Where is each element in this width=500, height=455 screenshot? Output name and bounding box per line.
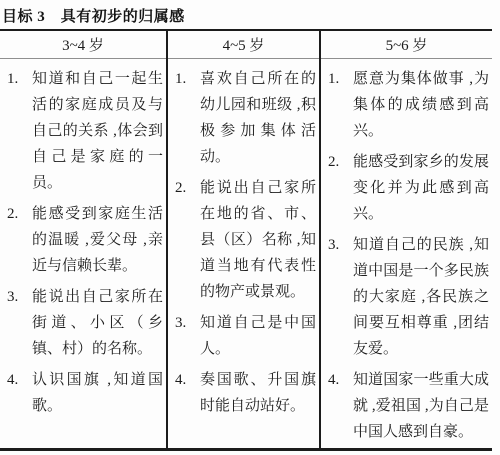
list-item: 3. 知道自己是中国人。	[175, 310, 316, 362]
list-item: 3. 知道自己的民族 ,知道中国是一个多民族的大家庭 ,各民族之间要互相尊重 ,…	[328, 232, 489, 362]
item-number: 1.	[7, 66, 32, 196]
page-title: 目标 3 具有初步的归属感	[2, 5, 185, 26]
list-item: 2. 能感受到家乡的发展变化并为此感到高兴。	[328, 149, 489, 227]
item-text: 奏国歌、升国旗时能自动站好。	[200, 367, 316, 419]
item-number: 1.	[175, 66, 200, 170]
column-body: 1. 喜欢自己所在的幼儿园和班级 ,积极参加集体活动。 2. 能说出自己家所在地…	[168, 59, 319, 424]
list-item: 1. 知道和自己一起生活的家庭成员及与自己的关系 ,体会到自己是家庭的一员。	[7, 66, 163, 196]
item-number: 2.	[7, 201, 32, 279]
list-item: 2. 能感受到家庭生活的温暖 ,爱父母 ,亲近与信赖长辈。	[7, 201, 163, 279]
document-page: 目标 3 具有初步的归属感 3~4 岁 1. 知道和自己一起生活的家庭成员及与自…	[0, 0, 500, 455]
age-goals-table: 3~4 岁 1. 知道和自己一起生活的家庭成员及与自己的关系 ,体会到自己是家庭…	[0, 29, 492, 451]
item-number: 4.	[328, 367, 353, 445]
item-number: 3.	[7, 284, 32, 362]
item-text: 愿意为集体做事 ,为集体的成绩感到高兴。	[353, 66, 489, 144]
item-number: 4.	[175, 367, 200, 419]
item-number: 3.	[328, 232, 353, 362]
item-number: 2.	[175, 175, 200, 305]
list-item: 4. 认识国旗 ,知道国歌。	[7, 367, 163, 419]
item-text: 知道国家一些重大成就 ,爱祖国 ,为自己是中国人感到自豪。	[353, 367, 489, 445]
item-text: 能说出自己家所在街道、小区（乡镇、村）的名称。	[32, 284, 163, 362]
item-text: 能感受到家庭生活的温暖 ,爱父母 ,亲近与信赖长辈。	[32, 201, 163, 279]
column-body: 1. 知道和自己一起生活的家庭成员及与自己的关系 ,体会到自己是家庭的一员。 2…	[0, 59, 166, 424]
item-text: 能感受到家乡的发展变化并为此感到高兴。	[353, 149, 489, 227]
column-header: 5~6 岁	[321, 31, 492, 59]
list-item: 1. 喜欢自己所在的幼儿园和班级 ,积极参加集体活动。	[175, 66, 316, 170]
item-number: 2.	[328, 149, 353, 227]
list-item: 4. 知道国家一些重大成就 ,爱祖国 ,为自己是中国人感到自豪。	[328, 367, 489, 445]
list-item: 1. 愿意为集体做事 ,为集体的成绩感到高兴。	[328, 66, 489, 144]
column-header: 4~5 岁	[168, 31, 319, 59]
item-text: 知道自己是中国人。	[200, 310, 316, 362]
item-text: 认识国旗 ,知道国歌。	[32, 367, 163, 419]
list-item: 2. 能说出自己家所在地的省、市、县（区）名称 ,知道当地有代表性的物产或景观。	[175, 175, 316, 305]
column-header: 3~4 岁	[0, 31, 166, 59]
column-body: 1. 愿意为集体做事 ,为集体的成绩感到高兴。 2. 能感受到家乡的发展变化并为…	[321, 59, 492, 448]
list-item: 4. 奏国歌、升国旗时能自动站好。	[175, 367, 316, 419]
item-text: 能说出自己家所在地的省、市、县（区）名称 ,知道当地有代表性的物产或景观。	[200, 175, 316, 305]
item-number: 4.	[7, 367, 32, 419]
column-age-4-5: 4~5 岁 1. 喜欢自己所在的幼儿园和班级 ,积极参加集体活动。 2. 能说出…	[166, 31, 319, 448]
item-text: 知道自己的民族 ,知道中国是一个多民族的大家庭 ,各民族之间要互相尊重 ,团结友…	[353, 232, 489, 362]
column-age-5-6: 5~6 岁 1. 愿意为集体做事 ,为集体的成绩感到高兴。 2. 能感受到家乡的…	[319, 31, 492, 448]
item-text: 喜欢自己所在的幼儿园和班级 ,积极参加集体活动。	[200, 66, 316, 170]
item-number: 1.	[328, 66, 353, 144]
item-text: 知道和自己一起生活的家庭成员及与自己的关系 ,体会到自己是家庭的一员。	[32, 66, 163, 196]
list-item: 3. 能说出自己家所在街道、小区（乡镇、村）的名称。	[7, 284, 163, 362]
column-age-3-4: 3~4 岁 1. 知道和自己一起生活的家庭成员及与自己的关系 ,体会到自己是家庭…	[0, 31, 166, 448]
item-number: 3.	[175, 310, 200, 362]
